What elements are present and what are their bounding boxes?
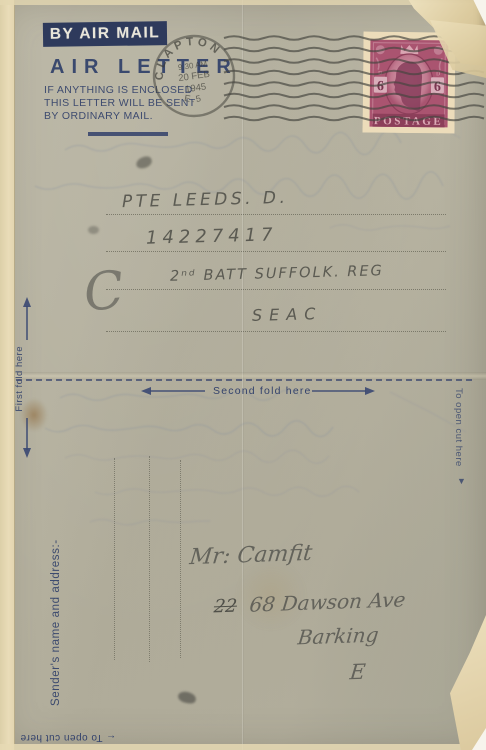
address-ruled-line xyxy=(106,251,446,252)
enclosure-note-line1: IF ANYTHING IS ENCLOSED xyxy=(44,84,193,96)
sender-postal-district: E xyxy=(349,660,367,685)
open-cut-arrow-icon: ▼ xyxy=(457,476,466,486)
postage-stamp: D D 6 6 POSTAGE xyxy=(362,32,455,134)
second-fold-dashed-line xyxy=(16,379,472,381)
top-edge xyxy=(0,0,412,5)
recipient-name: PTE LEEDS. D. xyxy=(122,188,289,212)
stamp-pence-letter-right: D xyxy=(436,71,440,77)
address-ruled-line xyxy=(106,289,446,290)
bottom-edge xyxy=(0,744,470,750)
address-ruled-line xyxy=(106,331,446,332)
sender-ruled-line xyxy=(180,460,181,658)
sender-name: Mr: Camfit xyxy=(188,541,313,570)
sender-section-label: Sender's name and address:- xyxy=(50,488,62,706)
ink-smudge xyxy=(177,691,197,705)
sender-ruled-line xyxy=(149,456,150,662)
left-fold-edge xyxy=(0,0,15,750)
stamp-denomination-right: 6 xyxy=(434,80,441,95)
stamp-pence-letter-left: D xyxy=(378,71,382,77)
recipient-unit: 2ⁿᵈ BATT SUFFOLK. REG xyxy=(170,263,384,285)
ink-smudge xyxy=(88,226,99,234)
left-arrow-icon xyxy=(141,387,151,395)
sender-struck-number: 22 xyxy=(213,596,238,618)
enclosure-note-line2: THIS LETTER WILL BE SENT xyxy=(44,97,196,109)
open-cut-here-bottom-label: ← To open cut here xyxy=(20,732,116,743)
air-letter-title: AIR LETTER xyxy=(50,56,238,79)
pencil-censor-mark: C xyxy=(81,260,127,324)
second-fold-label: Second fold here xyxy=(213,385,312,397)
air-letter-scan: BY AIR MAIL AIR LETTER IF ANYTHING IS EN… xyxy=(0,0,486,750)
open-cut-here-right-label: To open cut here xyxy=(453,388,464,467)
torn-corner-bottom-right xyxy=(450,615,486,750)
recipient-command: SEAC xyxy=(252,304,323,325)
sender-street: 68 Dawson Ave xyxy=(248,587,406,616)
up-arrow-icon xyxy=(23,297,31,307)
down-arrow-icon xyxy=(23,448,31,458)
stamp-caption: POSTAGE xyxy=(374,115,443,128)
sender-town: Barking xyxy=(297,623,380,650)
ink-smudge xyxy=(135,155,153,170)
sender-ruled-line xyxy=(114,458,115,660)
right-arrow-icon xyxy=(365,387,375,395)
header-rule xyxy=(88,132,168,136)
address-ruled-line xyxy=(106,214,446,215)
recipient-service-number: 14227417 xyxy=(146,224,278,248)
by-air-mail-etiquette: BY AIR MAIL xyxy=(43,21,167,47)
enclosure-note-line3: BY ORDINARY MAIL. xyxy=(44,110,153,122)
stamp-denomination-left: 6 xyxy=(377,79,384,94)
